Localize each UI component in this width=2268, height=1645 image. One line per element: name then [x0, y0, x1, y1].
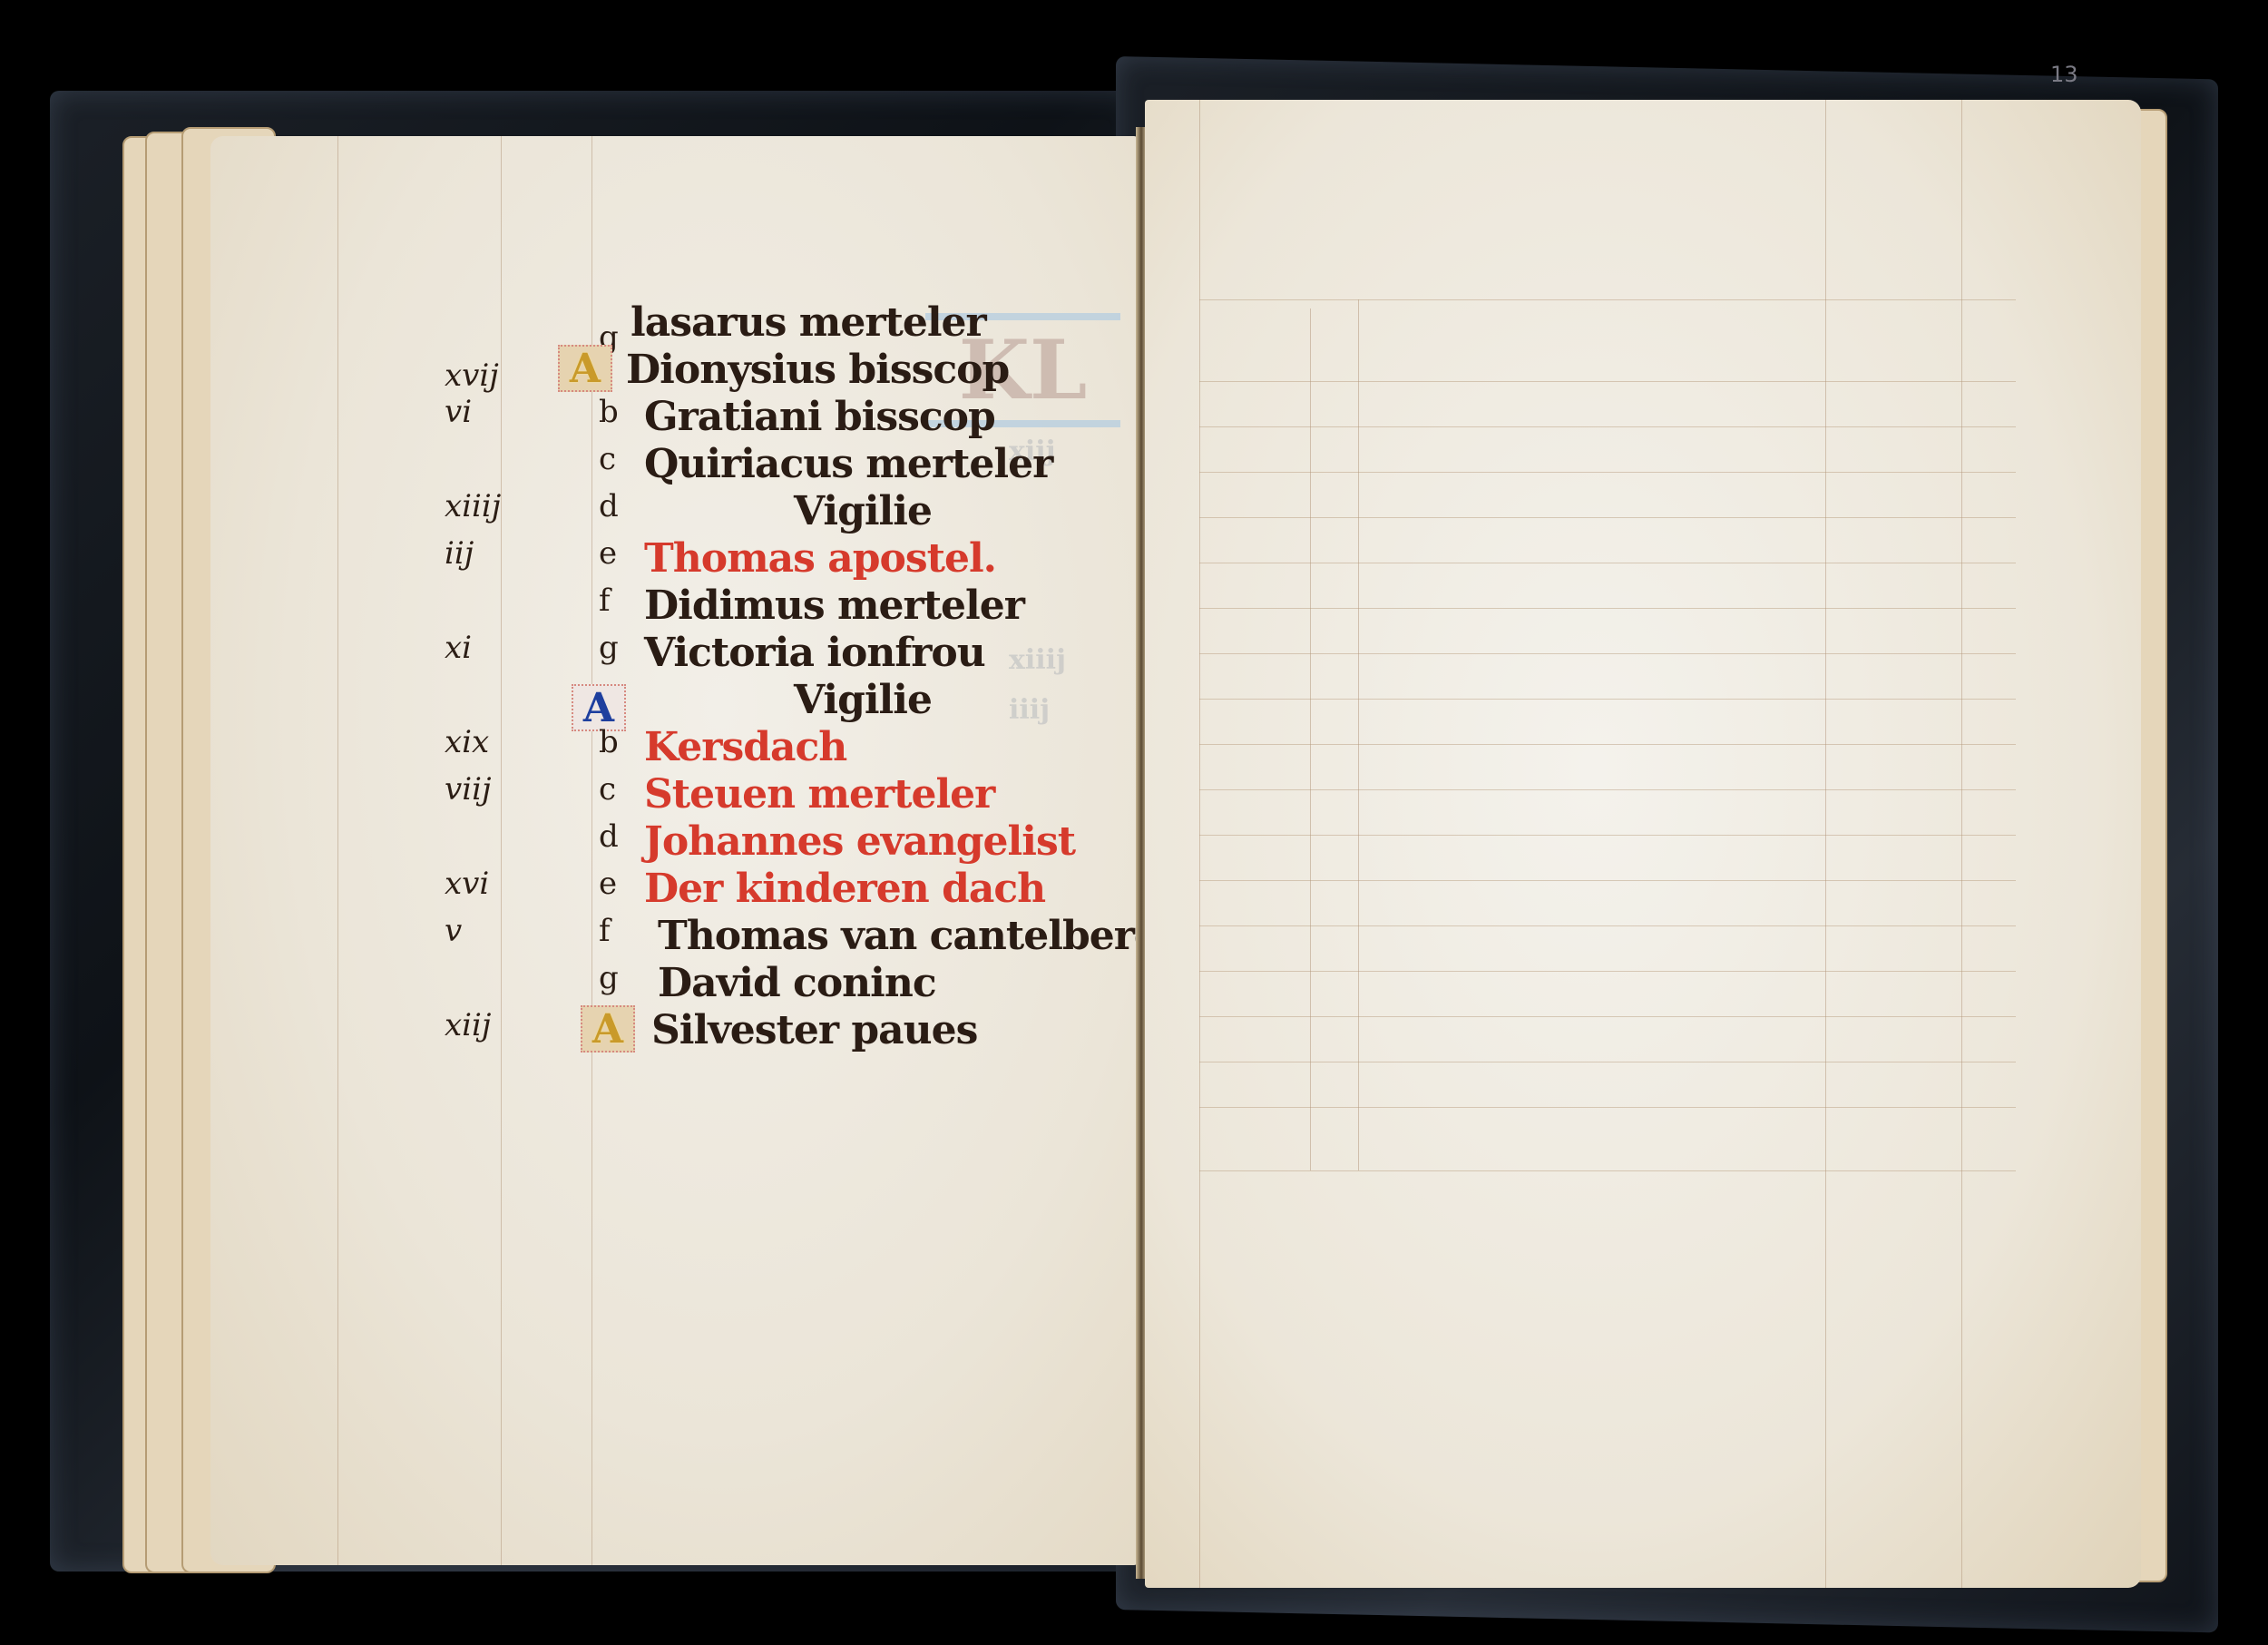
golden-number: viij [445, 771, 492, 808]
dominical-letter: f [599, 583, 611, 619]
saint-entry: Silvester paues [651, 1007, 977, 1053]
ruling-line [1199, 472, 2016, 473]
dominical-letter: d [599, 488, 619, 524]
saint-entry: Gratiani bisscop [644, 394, 995, 440]
golden-number: vi [445, 394, 472, 430]
ruling-line [1961, 100, 1962, 1588]
dominical-letter: b [599, 394, 619, 430]
golden-number: xvij [445, 357, 499, 394]
ruling-line [1199, 563, 2016, 563]
golden-number: xiij [445, 1007, 491, 1043]
ruling-line [1199, 1016, 2016, 1017]
dominical-letter: e [599, 535, 617, 572]
ruling-line [1199, 381, 2016, 382]
dominical-letter: b [599, 724, 619, 760]
dominical-letter: c [599, 771, 616, 808]
dominical-letter: g [599, 630, 619, 666]
saint-entry: Vigilie [794, 488, 932, 534]
ruling-line [1199, 971, 2016, 972]
ruling-line [1358, 299, 1359, 1170]
show-through-text: xiiij [1009, 644, 1066, 676]
dominical-letter: g [599, 960, 619, 996]
ruling-line [1199, 653, 2016, 654]
ruling-line [501, 136, 502, 1565]
saint-entry-feast: Johannes evangelist [644, 818, 1075, 865]
ruling-line [1199, 925, 2016, 926]
ruling-line [1199, 608, 2016, 609]
ruling-line [1199, 100, 1200, 1588]
saint-entry-feast: Thomas apostel. [644, 535, 996, 582]
ruling-line [1199, 517, 2016, 518]
golden-number: xi [445, 630, 472, 666]
saint-entry-feast: Steuen merteler [644, 771, 994, 818]
ruling-line [1199, 299, 2016, 300]
ruling-line [1199, 835, 2016, 836]
ruling-line [1199, 789, 2016, 790]
golden-number: xvi [445, 866, 489, 902]
golden-number: xix [445, 724, 489, 760]
right-page [1145, 100, 2141, 1588]
saint-entry-feast: Der kinderen dach [644, 866, 1045, 912]
ruling-line [1310, 308, 1311, 1170]
ruling-line [1199, 1107, 2016, 1108]
saint-entry: Victoria ionfrou [644, 630, 985, 676]
saint-entry: Vigilie [794, 677, 932, 723]
ruling-line [1199, 1062, 2016, 1062]
folio-number: 13 [2050, 62, 2078, 87]
ruling-line [1199, 426, 2016, 427]
saint-entry: David coninc [658, 960, 936, 1006]
saint-entry: Thomas van cantelberch [658, 913, 1186, 959]
golden-number: xiiij [445, 488, 501, 524]
ruling-line [1199, 699, 2016, 700]
gilded-initial: A [558, 345, 612, 392]
saint-entry: Dionysius bisscop [626, 347, 1009, 393]
dominical-letter: e [599, 866, 617, 902]
dominical-letter: c [599, 441, 616, 477]
ruling-line [1199, 1170, 2016, 1171]
saint-entry-feast: Kersdach [644, 724, 846, 770]
golden-number: v [445, 913, 462, 949]
ruling-line [337, 136, 338, 1565]
saint-entry: lasarus merteler [631, 299, 986, 346]
gilded-initial: A [581, 1005, 635, 1053]
dominical-letter: d [599, 818, 619, 855]
ruling-line [1199, 744, 2016, 745]
saint-entry: Didimus merteler [644, 583, 1024, 629]
show-through-text: iiij [1009, 694, 1050, 726]
ruling-line [1825, 100, 1826, 1588]
dominical-letter: f [599, 913, 611, 949]
ruling-line [1199, 880, 2016, 881]
saint-entry: Quiriacus merteler [644, 441, 1052, 487]
golden-number: iij [445, 535, 474, 572]
